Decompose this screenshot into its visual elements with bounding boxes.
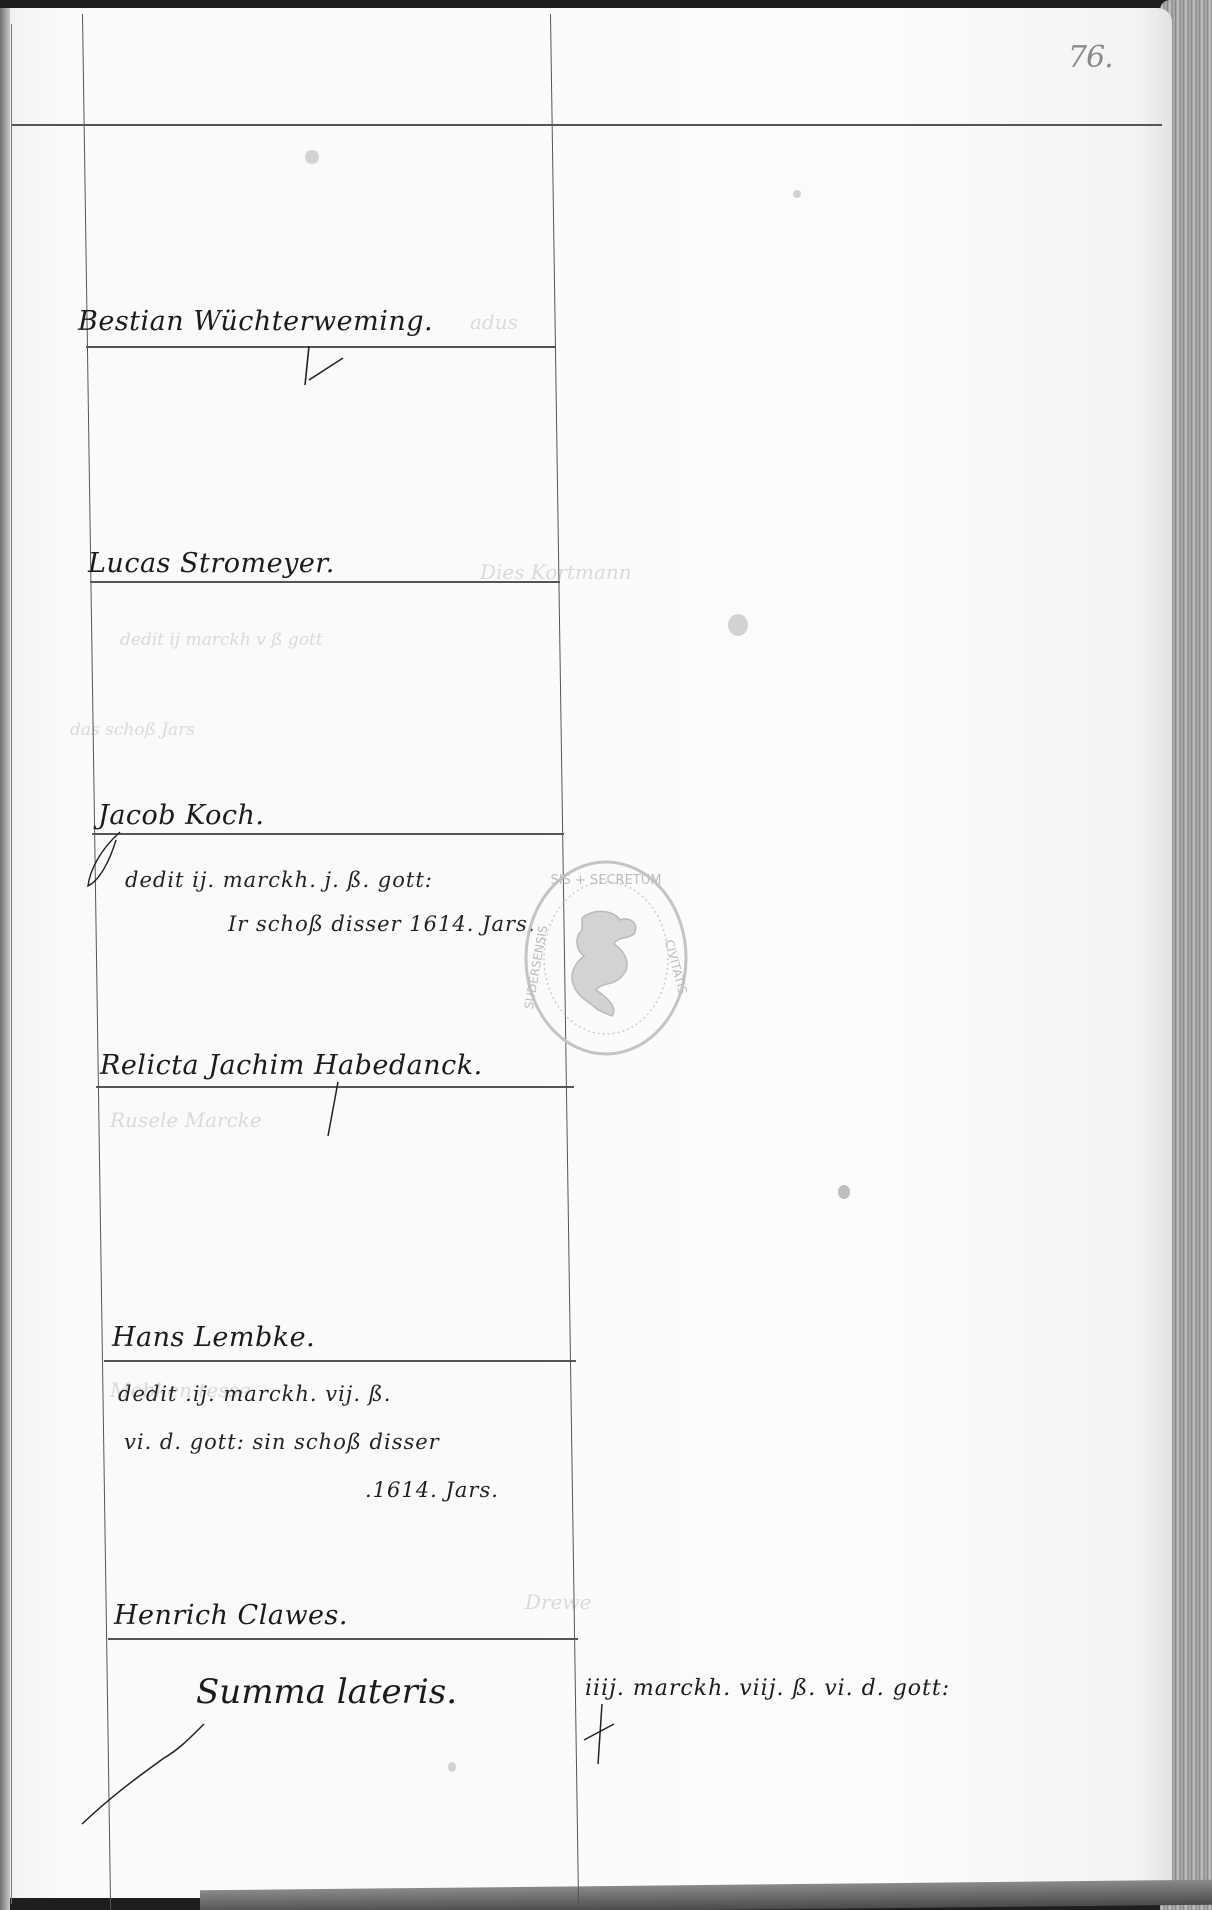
paper-spot xyxy=(305,150,319,164)
entry-rule xyxy=(92,833,564,835)
bleed-through-text: Drewe xyxy=(525,1590,591,1614)
bleed-through-text: adus xyxy=(470,310,518,334)
bleed-through-text: das schoß Jars xyxy=(70,720,195,740)
pen-flourish-icon xyxy=(580,1700,620,1770)
summa-lateris-label: Summa lateris. xyxy=(196,1672,457,1712)
entry-rule xyxy=(104,1360,576,1362)
entry-name: Lucas Stromeyer. xyxy=(88,548,335,579)
paper-spot xyxy=(728,614,748,636)
bleed-through-text: Rusele Marcke xyxy=(110,1108,262,1132)
paper-spot xyxy=(838,1185,850,1199)
entry-rule xyxy=(108,1638,578,1640)
paper-spot xyxy=(793,190,801,198)
entry-note-line: dedit ij. marckh. j. ß. gott: xyxy=(125,868,433,892)
paper-spot xyxy=(448,1762,456,1772)
folio-number: 76. xyxy=(1068,40,1113,75)
edge-rule xyxy=(11,24,12,1904)
entry-note-line: dedit .ij. marckh. vij. ß. xyxy=(118,1382,391,1406)
entry-note-line: .1614. Jars. xyxy=(365,1478,499,1502)
entry-name: Henrich Clawes. xyxy=(114,1600,348,1631)
entry-note-line: vi. d. gott: sin schoß disser xyxy=(124,1430,440,1454)
pen-flourish-icon xyxy=(295,340,355,390)
entry-note-line: Ir schoß disser 1614. Jars. xyxy=(228,912,536,936)
entry-name: Relicta Jachim Habedanck. xyxy=(100,1050,483,1081)
seal-inscription-top: SIS + SECRETUM xyxy=(551,873,662,888)
entry-rule xyxy=(90,581,560,583)
city-seal-stamp: SIS + SECRETUM CIVITATIS SUDERSENSIS xyxy=(522,858,690,1058)
entry-name: Hans Lembke. xyxy=(112,1322,315,1353)
summa-lateris-amount: iiij. marckh. viij. ß. vi. d. gott: xyxy=(585,1676,950,1701)
header-rule xyxy=(12,124,1162,126)
entry-name: Jacob Koch. xyxy=(98,800,264,831)
pen-flourish-icon xyxy=(320,1080,350,1140)
pen-flourish-icon xyxy=(78,1720,218,1830)
lion-emblem-icon xyxy=(572,911,636,1016)
book-gutter xyxy=(0,8,10,1910)
entry-name: Bestian Wüchterweming. xyxy=(78,306,433,337)
bleed-through-text: dedit ij marckh v ß gott xyxy=(120,630,323,650)
